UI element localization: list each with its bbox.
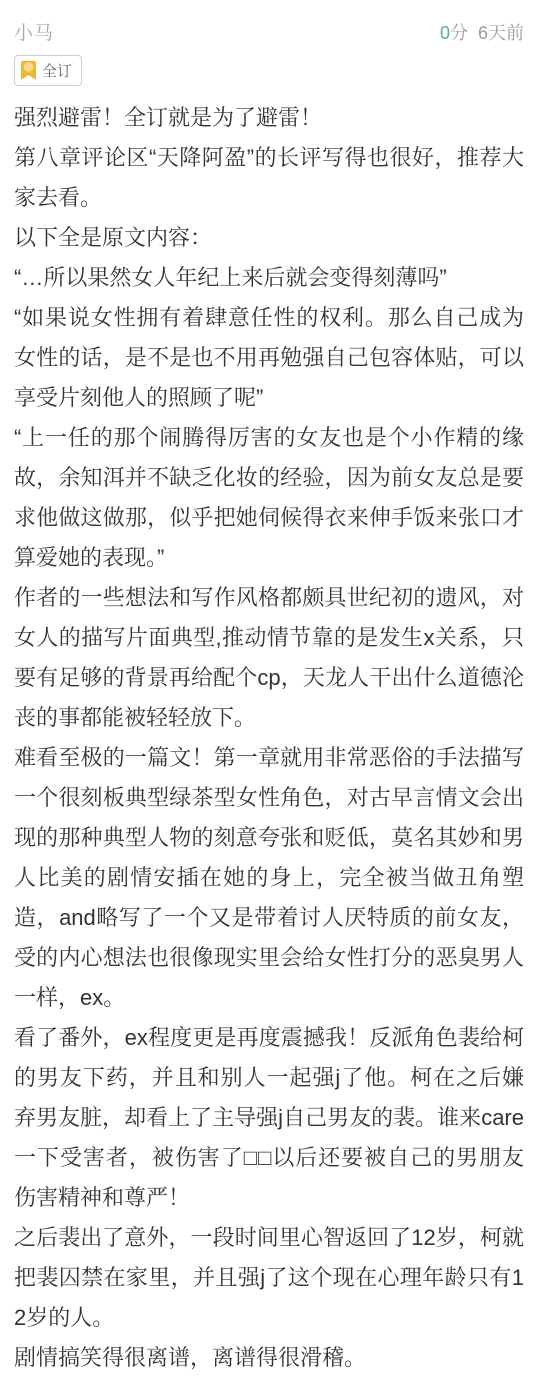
bookmark-icon bbox=[21, 61, 36, 80]
badge-label: 全订 bbox=[42, 60, 72, 81]
review-paragraph: 作者的一些想法和写作风格都颇具世纪初的遗风，对女人的描写片面典型,推动情节靠的是… bbox=[14, 578, 524, 738]
review-paragraph: “上一任的那个闹腾得厉害的女友也是个小作精的缘故，余知洱并不缺乏化妆的经验，因为… bbox=[14, 418, 524, 578]
review-paragraph: 难看至极的一篇文！第一章就用非常恶俗的手法描写一个很刻板典型绿茶型女性角色，对古… bbox=[14, 738, 524, 1018]
review-paragraph: 第八章评论区“天降阿盈”的长评写得也很好，推荐大家去看。 bbox=[14, 138, 524, 218]
comment-meta: 0分 6天前 bbox=[440, 19, 524, 45]
review-paragraph: 之后裴出了意外，一段时间里心智返回了12岁，柯就把裴囚禁在家里，并且强j了这个现… bbox=[14, 1218, 524, 1338]
review-paragraph: 以下全是原文内容： bbox=[14, 218, 524, 258]
review-paragraph: 强烈避雷！全订就是为了避雷！ bbox=[14, 98, 524, 138]
full-subscription-badge: 全订 bbox=[14, 55, 82, 86]
score-text: 0分 bbox=[440, 19, 468, 45]
review-paragraph: 看了番外，ex程度更是再度震撼我！反派角色裴给柯的男友下药，并且和别人一起强j了… bbox=[14, 1018, 524, 1218]
comment-card: 小马 0分 6天前 全订 强烈避雷！全订就是为了避雷！ 第八章评论区“天降阿盈”… bbox=[0, 0, 538, 1398]
review-paragraph: 剧情搞笑得很离谱，离谱得很滑稽。 bbox=[14, 1338, 524, 1378]
review-text: 强烈避雷！全订就是为了避雷！ 第八章评论区“天降阿盈”的长评写得也很好，推荐大家… bbox=[14, 98, 524, 1378]
review-paragraph: “如果说女性拥有着肆意任性的权利。那么自己成为女性的话，是不是也不用再勉强自己包… bbox=[14, 298, 524, 418]
review-paragraph: “…所以果然女人年纪上来后就会变得刻薄吗” bbox=[14, 258, 524, 298]
timestamp: 6天前 bbox=[478, 19, 524, 45]
score-unit: 分 bbox=[450, 23, 468, 43]
score-value: 0 bbox=[440, 23, 450, 43]
comment-header: 小马 0分 6天前 bbox=[14, 14, 524, 45]
username[interactable]: 小马 bbox=[14, 18, 54, 45]
